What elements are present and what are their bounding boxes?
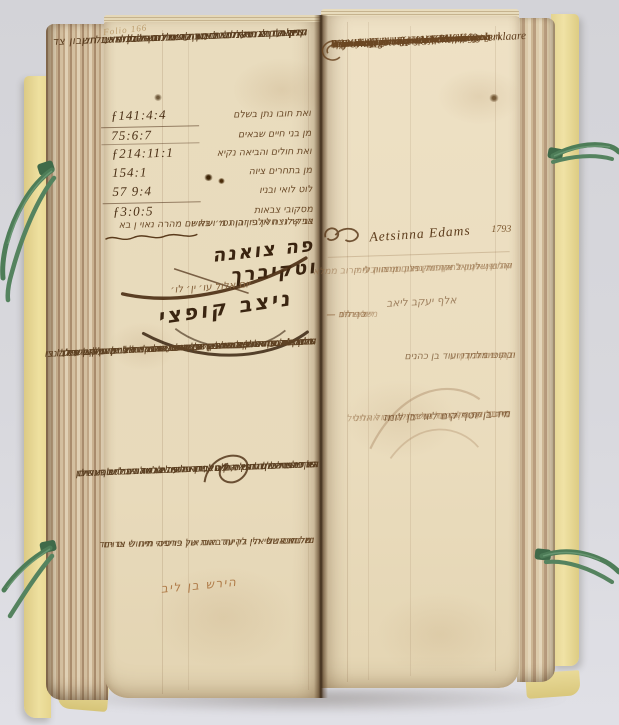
green-tie-right-bottom (534, 548, 619, 582)
green-tie-left-bottom (4, 539, 57, 616)
green-tie-left-top (3, 160, 56, 300)
green-tie-right-top (547, 145, 619, 162)
green-ties-overlay (0, 0, 619, 725)
manuscript-photo: Folio 166 מזא ולון אנבאי ב׳ בענקבר שלח ה… (0, 0, 619, 725)
